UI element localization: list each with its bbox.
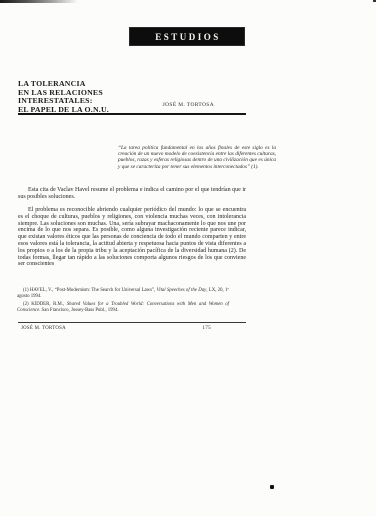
- scanned-article-page: ESTUDIOS LA TOLERANCIA EN LAS RELACIONES…: [0, 0, 376, 516]
- title-divider-rule: [18, 113, 246, 115]
- body-paragraph: El problema es reconocible abriendo cual…: [18, 207, 246, 268]
- section-banner-label: ESTUDIOS: [155, 32, 221, 42]
- section-banner: ESTUDIOS: [130, 28, 244, 45]
- footnote-2-text-end: . San Francisco, Jossey-Bass Publ., 1994…: [39, 308, 118, 313]
- footnote-2-text: (2) KIDDER, R.M.,: [23, 302, 67, 307]
- running-footer: JOSÉ M. TORTOSA 175: [21, 325, 211, 331]
- scan-smudge-artifact: [0, 0, 78, 3]
- footnote-1-source-title: Vital Speeches of the Day: [157, 288, 207, 293]
- article-author: JOSÉ M. TORTOSA: [18, 102, 214, 108]
- footer-author: JOSÉ M. TORTOSA: [21, 326, 66, 331]
- footnote-1-text: (1) HAVEL, V., “Post-Modernism: The Sear…: [23, 288, 157, 293]
- scan-dot-artifact: [270, 485, 274, 489]
- footnote-2: (2) KIDDER, R.M., Shared Values for a Tr…: [17, 302, 229, 313]
- footer-page-number: 175: [202, 325, 211, 331]
- article-title: LA TOLERANCIA EN LAS RELACIONES INTEREST…: [18, 80, 158, 114]
- epigraph-quote: “La tarea política fundamental en los añ…: [118, 145, 276, 169]
- footnotes-block: (1) HAVEL, V., “Post-Modernism: The Sear…: [17, 288, 229, 316]
- footnote-1: (1) HAVEL, V., “Post-Modernism: The Sear…: [17, 288, 229, 299]
- footer-divider-rule: [18, 322, 246, 323]
- body-paragraph: Esta cita de Vaclav Havel resume el prob…: [18, 187, 246, 201]
